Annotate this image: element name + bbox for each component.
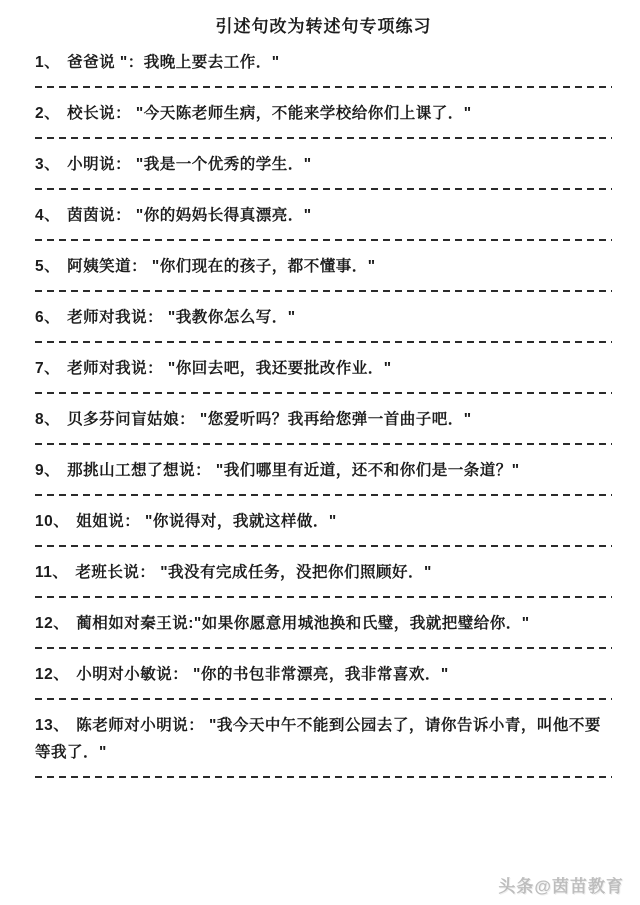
page-title: 引述句改为转述句专项练习 [35,12,612,37]
answer-line [35,698,612,700]
item-number: 10、 [35,513,69,530]
answer-line [35,647,612,649]
answer-line [35,443,612,445]
exercise-item-1: 1、爸爸说 "：我晚上要去工作．" [35,49,612,88]
item-number: 1、 [35,54,60,71]
item-text: 老师对我说： "我教你怎么写．" [67,309,296,326]
item-text: 陈老师对小明说： "我今天中午不能到公园去了，请你告诉小青，叫他不要等我了．" [35,717,601,761]
item-number: 6、 [35,309,60,326]
answer-line [35,392,612,394]
item-text: 茵茵说： "你的妈妈长得真漂亮．" [67,207,312,224]
answer-line [35,239,612,241]
answer-line [35,341,612,343]
item-text: 老师对我说： "你回去吧，我还要批改作业．" [67,360,392,377]
item-number: 8、 [35,411,60,428]
item-text: 老班长说： "我没有完成任务，没把你们照顾好．" [75,564,432,581]
item-number: 5、 [35,258,60,275]
item-number: 12、 [35,666,69,683]
item-number: 13、 [35,717,69,734]
item-number: 7、 [35,360,60,377]
answer-line [35,290,612,292]
answer-line [35,188,612,190]
answer-line [35,776,612,778]
exercise-item-11: 11、老班长说： "我没有完成任务，没把你们照顾好．" [35,559,612,598]
item-text: 小明说： "我是一个优秀的学生．" [67,156,312,173]
exercise-item-5: 5、阿姨笑道： "你们现在的孩子，都不懂事．" [35,253,612,292]
item-number: 12、 [35,615,69,632]
exercise-item-12b: 12、小明对小敏说： "你的书包非常漂亮，我非常喜欢．" [35,661,612,700]
item-text: 阿姨笑道： "你们现在的孩子，都不懂事．" [67,258,376,275]
exercise-item-6: 6、老师对我说： "我教你怎么写．" [35,304,612,343]
exercise-item-2: 2、校长说： "今天陈老师生病，不能来学校给你们上课了．" [35,100,612,139]
answer-line [35,137,612,139]
item-number: 9、 [35,462,60,479]
worksheet-page: 引述句改为转述句专项练习 1、爸爸说 "：我晚上要去工作．" 2、校长说： "今… [0,0,640,905]
item-number: 4、 [35,207,60,224]
exercise-item-3: 3、小明说： "我是一个优秀的学生．" [35,151,612,190]
exercise-item-7: 7、老师对我说： "你回去吧，我还要批改作业．" [35,355,612,394]
exercise-item-12a: 12、蔺相如对秦王说:"如果你愿意用城池换和氏璧，我就把璧给你．" [35,610,612,649]
exercise-item-4: 4、茵茵说： "你的妈妈长得真漂亮．" [35,202,612,241]
item-number: 11、 [35,564,68,581]
item-text: 小明对小敏说： "你的书包非常漂亮，我非常喜欢．" [76,666,449,683]
answer-line [35,596,612,598]
exercise-item-8: 8、贝多芬问盲姑娘： "您爱听吗？我再给您弹一首曲子吧．" [35,406,612,445]
item-text: 那挑山工想了想说： "我们哪里有近道，还不和你们是一条道？" [67,462,520,479]
item-text: 姐姐说： "你说得对，我就这样做．" [76,513,337,530]
item-number: 3、 [35,156,60,173]
exercise-item-13: 13、陈老师对小明说： "我今天中午不能到公园去了，请你告诉小青，叫他不要等我了… [35,712,612,778]
watermark-toutiao: 头条@茵苗教育 [498,872,624,897]
answer-line [35,494,612,496]
exercise-item-9: 9、那挑山工想了想说： "我们哪里有近道，还不和你们是一条道？" [35,457,612,496]
answer-line [35,86,612,88]
answer-line [35,545,612,547]
item-number: 2、 [35,105,60,122]
exercise-item-10: 10、姐姐说： "你说得对，我就这样做．" [35,508,612,547]
item-text: 校长说： "今天陈老师生病，不能来学校给你们上课了．" [67,105,472,122]
item-text: 贝多芬问盲姑娘： "您爱听吗？我再给您弹一首曲子吧．" [67,411,472,428]
item-text: 蔺相如对秦王说:"如果你愿意用城池换和氏璧，我就把璧给你．" [76,615,529,632]
item-text: 爸爸说 "：我晚上要去工作．" [67,54,280,71]
